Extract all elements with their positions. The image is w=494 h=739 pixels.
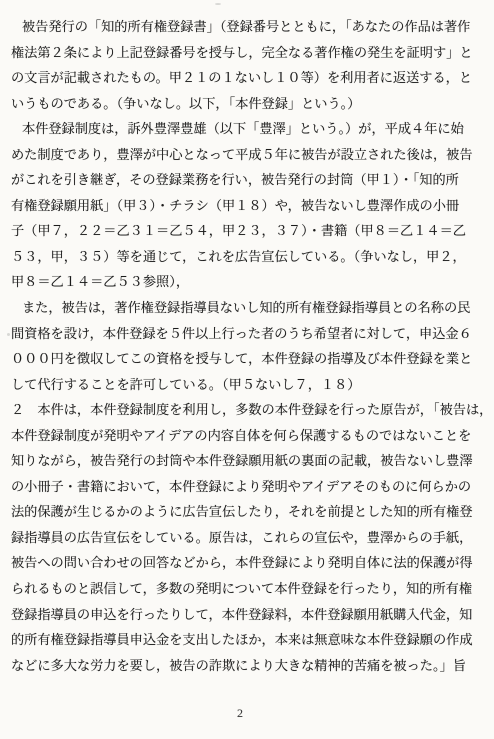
body-text: 被告発行の「知的所有権登録書」（登録番号とともに，「あなたの作品は著作権法第２条… [11, 14, 489, 678]
text-line: ５３，甲，３５）等を通じて，これを広告宣伝している。（争いなし，甲２， [11, 244, 489, 270]
text-line: 登録指導員の申込を行ったりして，本件登録料，本件登録願用紙購入代金，知 [11, 602, 489, 628]
text-line: ２ 本件は，本件登録制度を利用し，多数の本件登録を行った原告が，「被告は， [11, 397, 489, 423]
text-line: 権法第２条により上記登録番号を授与し，完全なる著作権の発生を証明す」と [11, 40, 489, 66]
text-line: また，被告は，著作権登録指導員ないし知的所有権登録指導員との名称の民 [11, 295, 489, 321]
text-line: の小冊子・書籍において，本件登録により発明やアイデアそのものに何らかの [11, 474, 489, 500]
text-line: 甲８＝乙１４＝乙５３参照）， [11, 269, 489, 295]
document-sheet: 被告発行の「知的所有権登録書」（登録番号とともに，「あなたの作品は著作権法第２条… [0, 0, 494, 739]
text-line: 被告への問い合わせの回答などから，本件登録により発明自体に法的保護が得 [11, 550, 489, 576]
text-line: ０００円を徴収してこの資格を授与して，本件登録の指導及び本件登録を業と [11, 346, 489, 372]
scan-speck [470, 585, 472, 587]
text-line: 被告発行の「知的所有権登録書」（登録番号とともに，「あなたの作品は著作 [11, 14, 489, 40]
text-line: 子（甲７，２２＝乙３１＝乙５４，甲２３，３７）・書籍（甲８＝乙１４＝乙 [11, 218, 489, 244]
scan-speck [7, 333, 10, 336]
text-line: 的所有権登録指導員申込金を支出したほか，本来は無意味な本件登録願の作成 [11, 627, 489, 653]
text-line: られるものと誤信して，多数の発明について本件登録を行ったり，知的所有権 [11, 576, 489, 602]
text-line: いうものである。（争いなし。以下，「本件登録」という。） [11, 91, 489, 117]
text-line: 知りながら，被告発行の封筒や本件登録願用紙の裏面の記載，被告ないし豊澤 [11, 448, 489, 474]
text-line: がこれを引き継ぎ，その登録業務を行い，被告発行の封筒（甲１）・「知的所 [11, 167, 489, 193]
text-line: めた制度であり，豊澤が中心となって平成５年に被告が設立された後は，被告 [11, 142, 489, 168]
page-number: 2 [0, 706, 480, 721]
text-line: して代行することを許可している。（甲５ないし７，１８） [11, 372, 489, 398]
text-line: 本件登録制度は，訴外豊澤豊雄（以下「豊澤」という。）が，平成４年に始 [11, 116, 489, 142]
scan-speck [215, 3, 221, 5]
text-line: 法的保護が生じるかのように広告宣伝したり，それを前提とした知的所有権登 [11, 499, 489, 525]
text-line: 録指導員の広告宣伝をしている。原告は，これらの宣伝や，豊澤からの手紙， [11, 525, 489, 551]
text-line: 間資格を設け，本件登録を５件以上行った者のうち希望者に対して，申込金６ [11, 321, 489, 347]
text-line: 有権登録願用紙」（甲３）・チラシ（甲１８）や，被告ないし豊澤作成の小冊 [11, 193, 489, 219]
text-line: などに多大な労力を要し，被告の詐欺により大きな精神的苦痛を被った。」旨 [11, 653, 489, 679]
text-line: の文言が記載されたもの。甲２１の１ないし１０等）を利用者に返送する，と [11, 65, 489, 91]
text-line: 本件登録制度が発明やアイデアの内容自体を何ら保護するものではないことを [11, 423, 489, 449]
